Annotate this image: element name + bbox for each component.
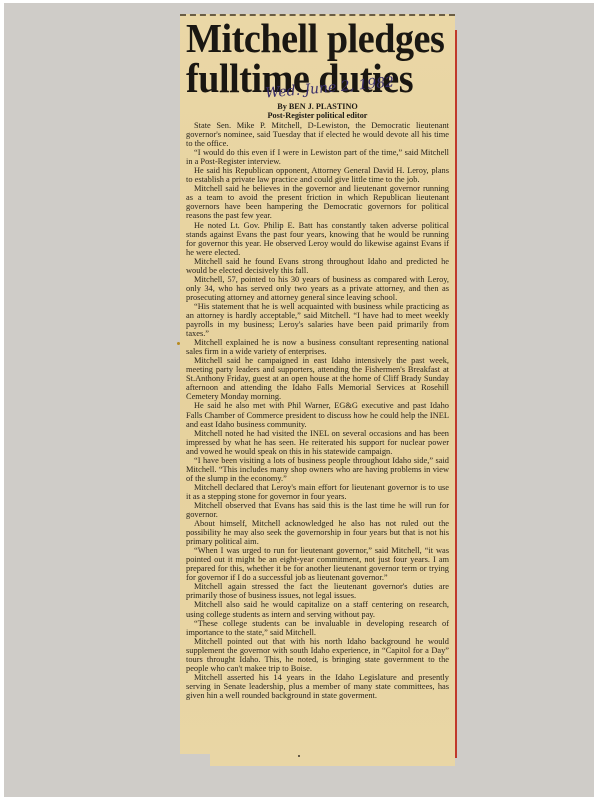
ink-dot [298, 755, 300, 757]
article-paragraph: Mitchell noted he had visited the INEL o… [186, 429, 449, 456]
article-paragraph: Mitchell pointed out that with his north… [186, 637, 449, 673]
article-paragraph: He said his Republican opponent, Attorne… [186, 166, 449, 184]
article-paragraph: “His statement that he is well acquainte… [186, 302, 449, 338]
article-paragraph: Mitchell asserted his 14 years in the Id… [186, 673, 449, 700]
article-body: State Sen. Mike P. Mitchell, D-Lewiston,… [180, 120, 455, 700]
article-paragraph: Mitchell observed that Evans has said th… [186, 501, 449, 519]
article-paragraph: “I have been visiting a lots of business… [186, 456, 449, 483]
article-paragraph: “When I was urged to run for lieutenant … [186, 546, 449, 582]
article-paragraph: “I would do this even if I were in Lewis… [186, 148, 449, 166]
article-paragraph: Mitchell said he campaigned in east Idah… [186, 356, 449, 401]
article-paragraph: Mitchell explained he is now a business … [186, 338, 449, 356]
article-paragraph: Mitchell again stressed the fact the lie… [186, 582, 449, 600]
margin-mark [177, 342, 180, 345]
byline-author: By BEN J. PLASTINO [180, 102, 455, 111]
article-paragraph: Mitchell declared that Leroy's main effo… [186, 483, 449, 501]
newspaper-clipping: Mitchell pledges fulltime duties Wed. Ju… [180, 14, 455, 766]
article-paragraph: Mitchell said he believes in the governo… [186, 184, 449, 220]
article-paragraph: Mitchell said he found Evans strong thro… [186, 257, 449, 275]
article-paragraph: He noted Lt. Gov. Philip E. Batt has con… [186, 221, 449, 257]
article-paragraph: “These college students can be invaluabl… [186, 619, 449, 637]
torn-corner [180, 754, 210, 766]
article-paragraph: He said he also met with Phil Warner, EG… [186, 401, 449, 428]
article-paragraph: Mitchell, 57, pointed to his 30 years of… [186, 275, 449, 302]
article-paragraph: State Sen. Mike P. Mitchell, D-Lewiston,… [186, 121, 449, 148]
article-paragraph: About himself, Mitchell acknowledged he … [186, 519, 449, 546]
byline-title: Post-Register political editor [180, 111, 455, 120]
byline: By BEN J. PLASTINO Post-Register politic… [180, 102, 455, 120]
article-paragraph: Mitchell also said he would capitalize o… [186, 600, 449, 618]
headline-line-1: Mitchell pledges [186, 18, 436, 58]
red-margin-line [455, 30, 457, 758]
